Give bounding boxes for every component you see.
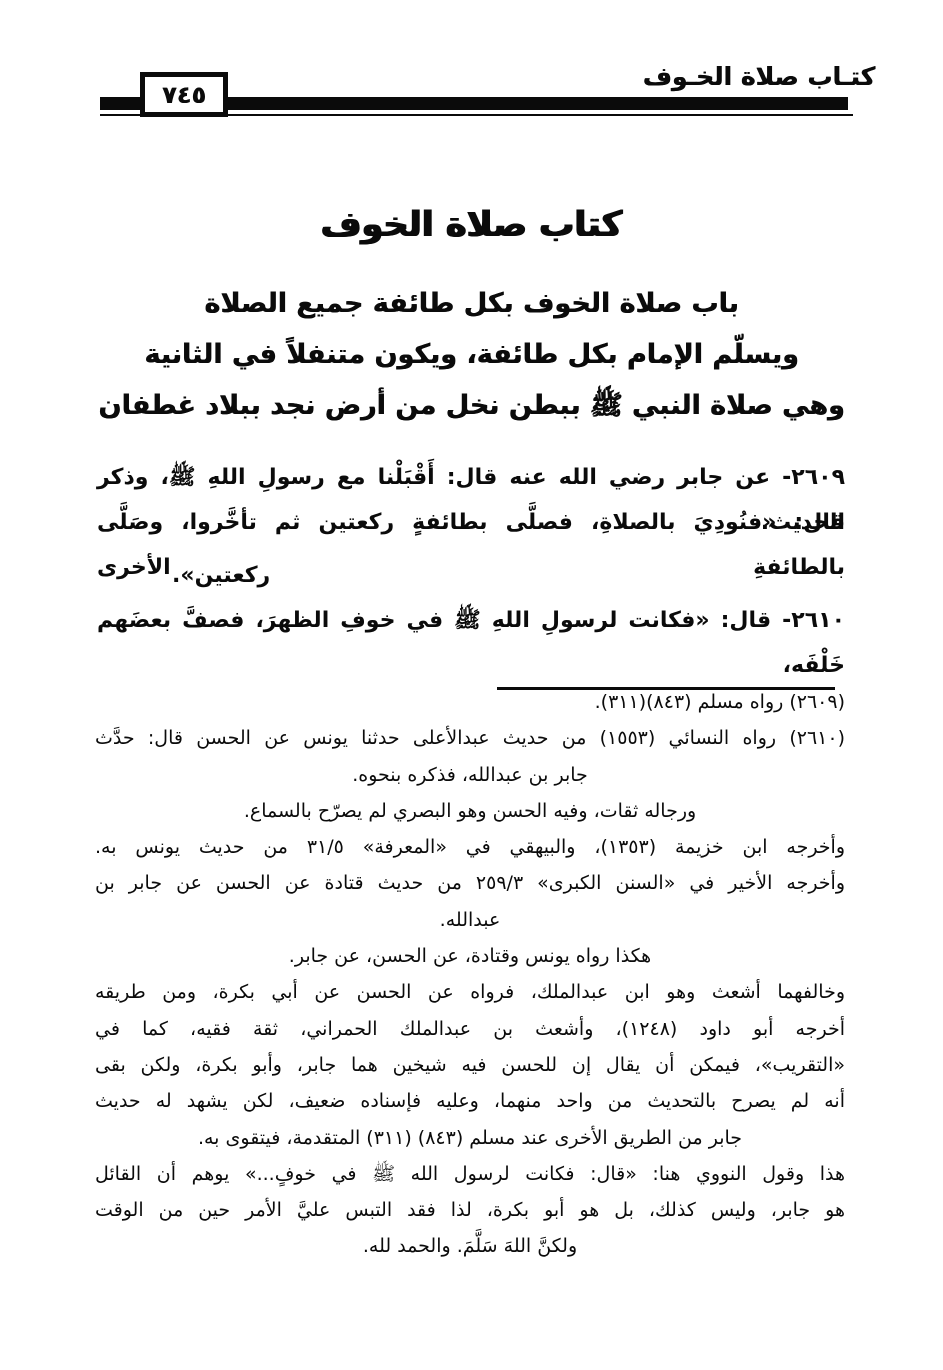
footnote-line: هكذا رواه يونس وقتادة، عن الحسن، عن جابر… (95, 938, 845, 974)
footnote-line: (٢٦١٠) رواه النسائي (١٥٥٣) من حديث عبدال… (95, 720, 845, 756)
chapter-heading: باب صلاة الخوف بكل طائفة جميع الصلاةويسل… (98, 278, 845, 431)
footnote-line: وأخرجه الأخير في «السنن الكبرى» ٢٥٩/٣ من… (95, 865, 845, 901)
footnote-line: «التقريب»، فيمكن أن يقال إن للحسن فيه شي… (95, 1047, 845, 1083)
section-title: كتاب صلاة الخوف (0, 203, 943, 247)
chapter-heading-line: باب صلاة الخوف بكل طائفة جميع الصلاة (98, 278, 845, 329)
footnotes-block: (٢٦٠٩) رواه مسلم (٨٤٣)(٣١١).(٢٦١٠) رواه … (95, 684, 845, 1265)
footnote-line: جابر بن عبدالله، فذكره بنحوه. (95, 757, 845, 793)
chapter-heading-line: ويسلّم الإمام بكل طائفة، ويكون متنفلاً ف… (98, 329, 845, 380)
footnote-line: (٢٦٠٩) رواه مسلم (٨٤٣)(٣١١). (95, 684, 845, 720)
footnote-line: أخرجه أبو داود (١٢٤٨)، وأشعث بن عبدالملك… (95, 1011, 845, 1047)
chapter-heading-line: وهي صلاة النبي ﷺ ببطن نخل من أرض نجد ببل… (98, 380, 845, 431)
hadith-text-line: ٢٦٠٩- عن جابر رضي الله عنه قال: أَقْبَلْ… (97, 455, 845, 500)
footnote-line: ورجاله ثقات، وفيه الحسن وهو البصري لم يص… (95, 793, 845, 829)
footnote-line: جابر من الطريق الأخرى عند مسلم (٨٤٣) (٣١… (95, 1120, 845, 1156)
hadith-text-line: ٢٦١٠- قال: «فكانت لرسولِ اللهِ ﷺ في خوفِ… (97, 598, 845, 643)
running-header-title: كتـاب صلاة الخـوف (643, 62, 875, 91)
page-number: ٧٤٥ (162, 83, 206, 107)
page-number-box: ٧٤٥ (140, 72, 228, 117)
footnote-line: هو جابر، وليس كذلك، بل هو أبو بكرة، لذا … (95, 1192, 845, 1228)
hadith-body: ٢٦٠٩- عن جابر رضي الله عنه قال: أَقْبَلْ… (97, 448, 845, 643)
book-page: كتـاب صلاة الخـوف ٧٤٥ كتاب صلاة الخوف با… (0, 0, 943, 1370)
hadith-text-line: قال: «فنُودِيَ بالصلاةِ، فصلَّى بطائفةٍ … (97, 500, 845, 545)
footnote-line: وخالفهما أشعث وهو ابن عبدالملك، فرواه عن… (95, 974, 845, 1010)
footnote-line: أنه لم يصرح بالتحديث من واحد منهما، وعلي… (95, 1083, 845, 1119)
footnote-line: وأخرجه ابن خزيمة (١٣٥٣)، والبيهقي في «ال… (95, 829, 845, 865)
footnote-line: هذا وقول النووي هنا: «قال: فكانت لرسول ا… (95, 1156, 845, 1192)
footnote-line: عبدالله. (95, 902, 845, 938)
footnote-line: ولكنَّ اللهَ سَلَّمَ. والحمد لله. (95, 1228, 845, 1264)
